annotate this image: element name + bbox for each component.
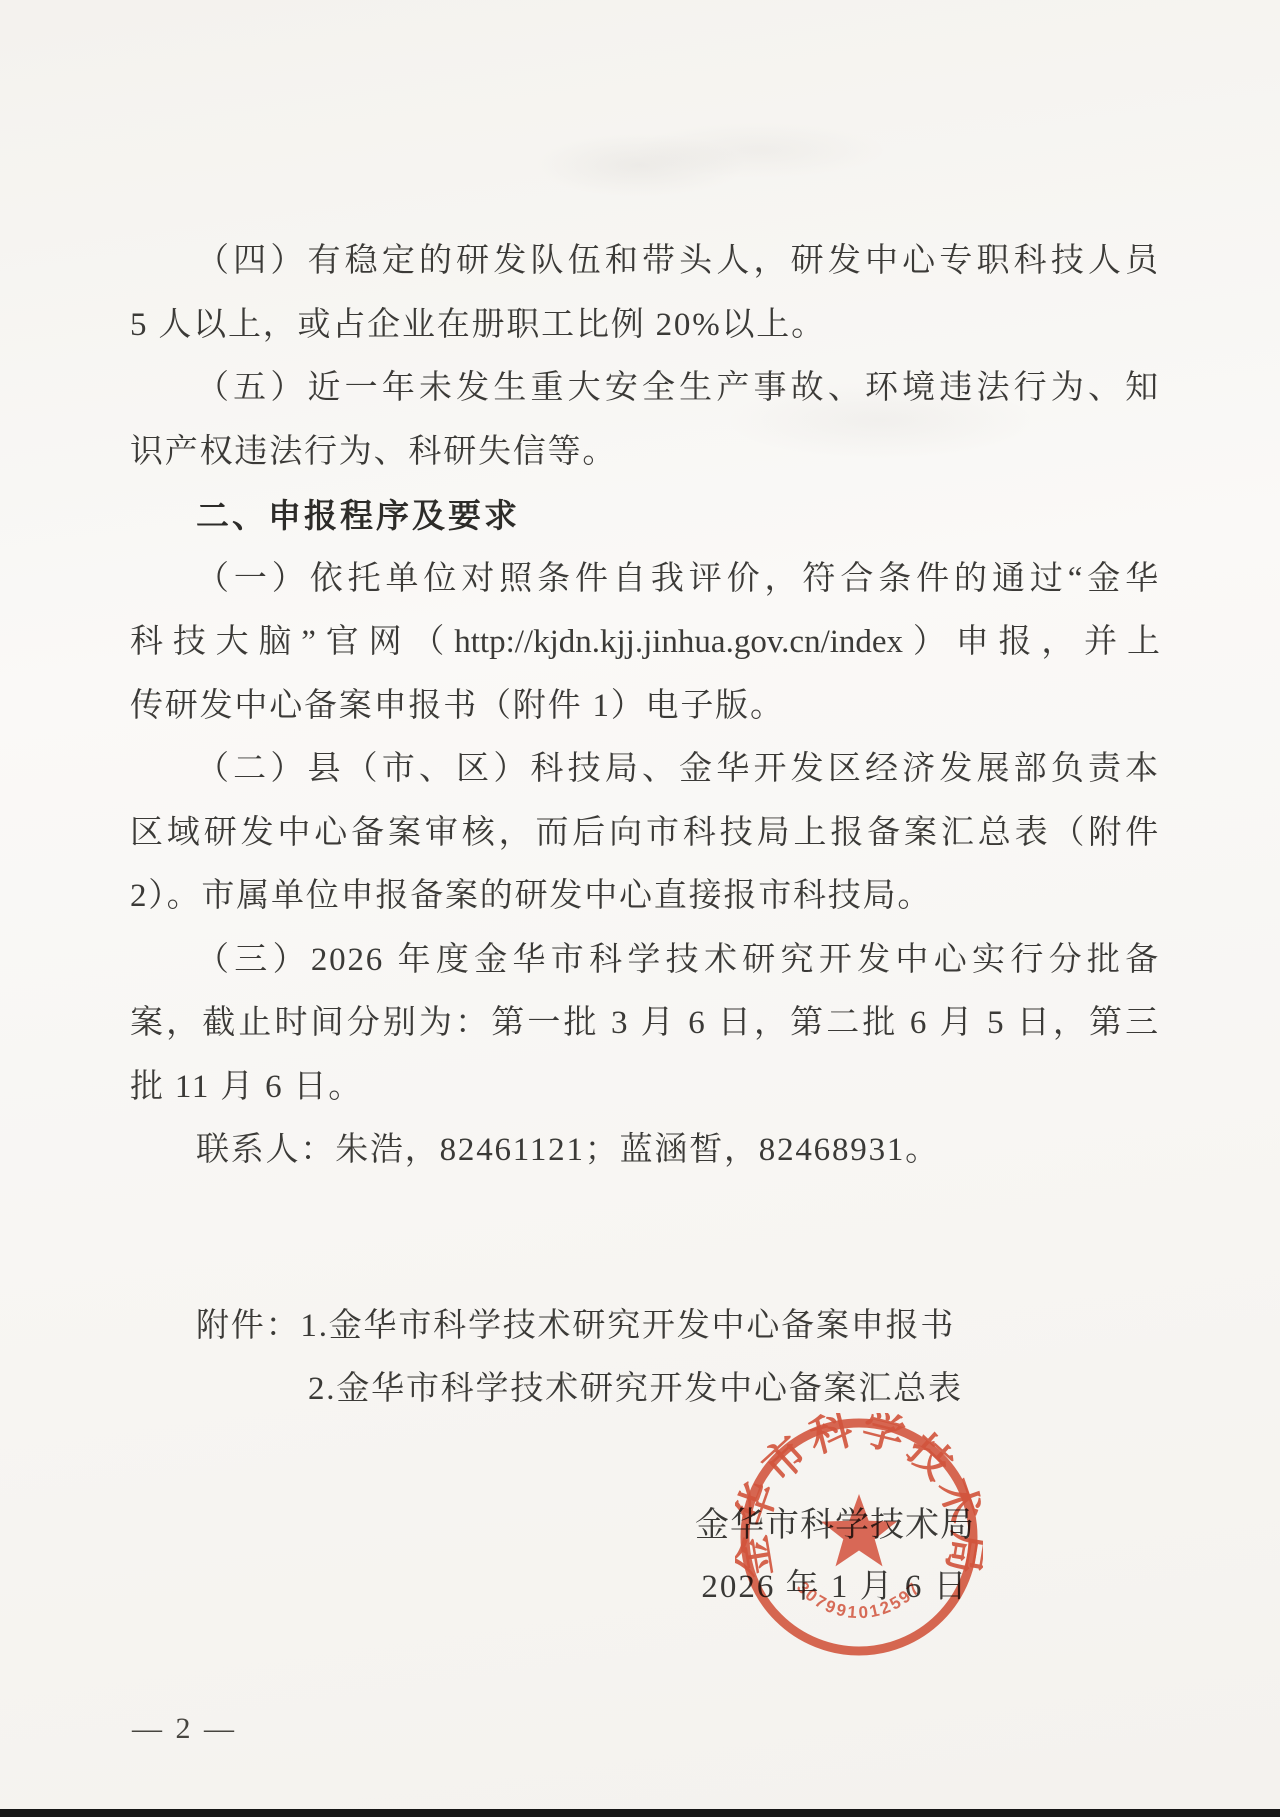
section-heading: 二、申报程序及要求: [130, 484, 1160, 548]
doc-line: （二）县（市、区）科技局、金华开发区经济发展部负责本: [130, 738, 1160, 802]
doc-line: 5 人以上，或占企业在册职工比例 20%以上。: [130, 294, 1160, 358]
doc-line-url: 科技大脑”官网（http://kjdn.kjj.jinhua.gov.cn/in…: [130, 611, 1160, 675]
official-seal: 金华市科学技术局 33079910125976: [735, 1413, 983, 1661]
attachment-item: 2.金华市科学技术研究开发中心备案汇总表: [130, 1358, 1160, 1422]
document-page: （四）有稳定的研发队伍和带头人，研发中心专职科技人员 5 人以上，或占企业在册职…: [0, 0, 1280, 1817]
document-body: （四）有稳定的研发队伍和带头人，研发中心专职科技人员 5 人以上，或占企业在册职…: [130, 230, 1160, 1422]
doc-line: 区域研发中心备案审核，而后向市科技局上报备案汇总表（附件: [130, 802, 1160, 866]
doc-line: 传研发中心备案申报书（附件 1）电子版。: [130, 675, 1160, 739]
doc-line: 识产权违法行为、科研失信等。: [130, 421, 1160, 485]
doc-line: 2）。市属单位申报备案的研发中心直接报市科技局。: [130, 865, 1160, 929]
scan-edge-artifact: [0, 1809, 1280, 1817]
doc-line: 批 11 月 6 日。: [130, 1056, 1160, 1120]
doc-line: 案，截止时间分别为：第一批 3 月 6 日，第二批 6 月 5 日，第三: [130, 992, 1160, 1056]
doc-line: （五）近一年未发生重大安全生产事故、环境违法行为、知: [130, 357, 1160, 421]
attachment-item: 附件：1.金华市科学技术研究开发中心备案申报书: [130, 1295, 1160, 1359]
doc-line: （三）2026 年度金华市科学技术研究开发中心实行分批备: [130, 929, 1160, 993]
attachments-block: 附件：1.金华市科学技术研究开发中心备案申报书 2.金华市科学技术研究开发中心备…: [130, 1295, 1160, 1422]
page-number: — 2 —: [132, 1712, 237, 1746]
seal-star-icon: [821, 1494, 897, 1566]
doc-line: （一）依托单位对照条件自我评价，符合条件的通过“金华: [130, 548, 1160, 612]
contact-line: 联系人：朱浩，82461121；蓝涵皙，82468931。: [130, 1119, 1160, 1183]
doc-line: （四）有稳定的研发队伍和带头人，研发中心专职科技人员: [130, 230, 1160, 294]
